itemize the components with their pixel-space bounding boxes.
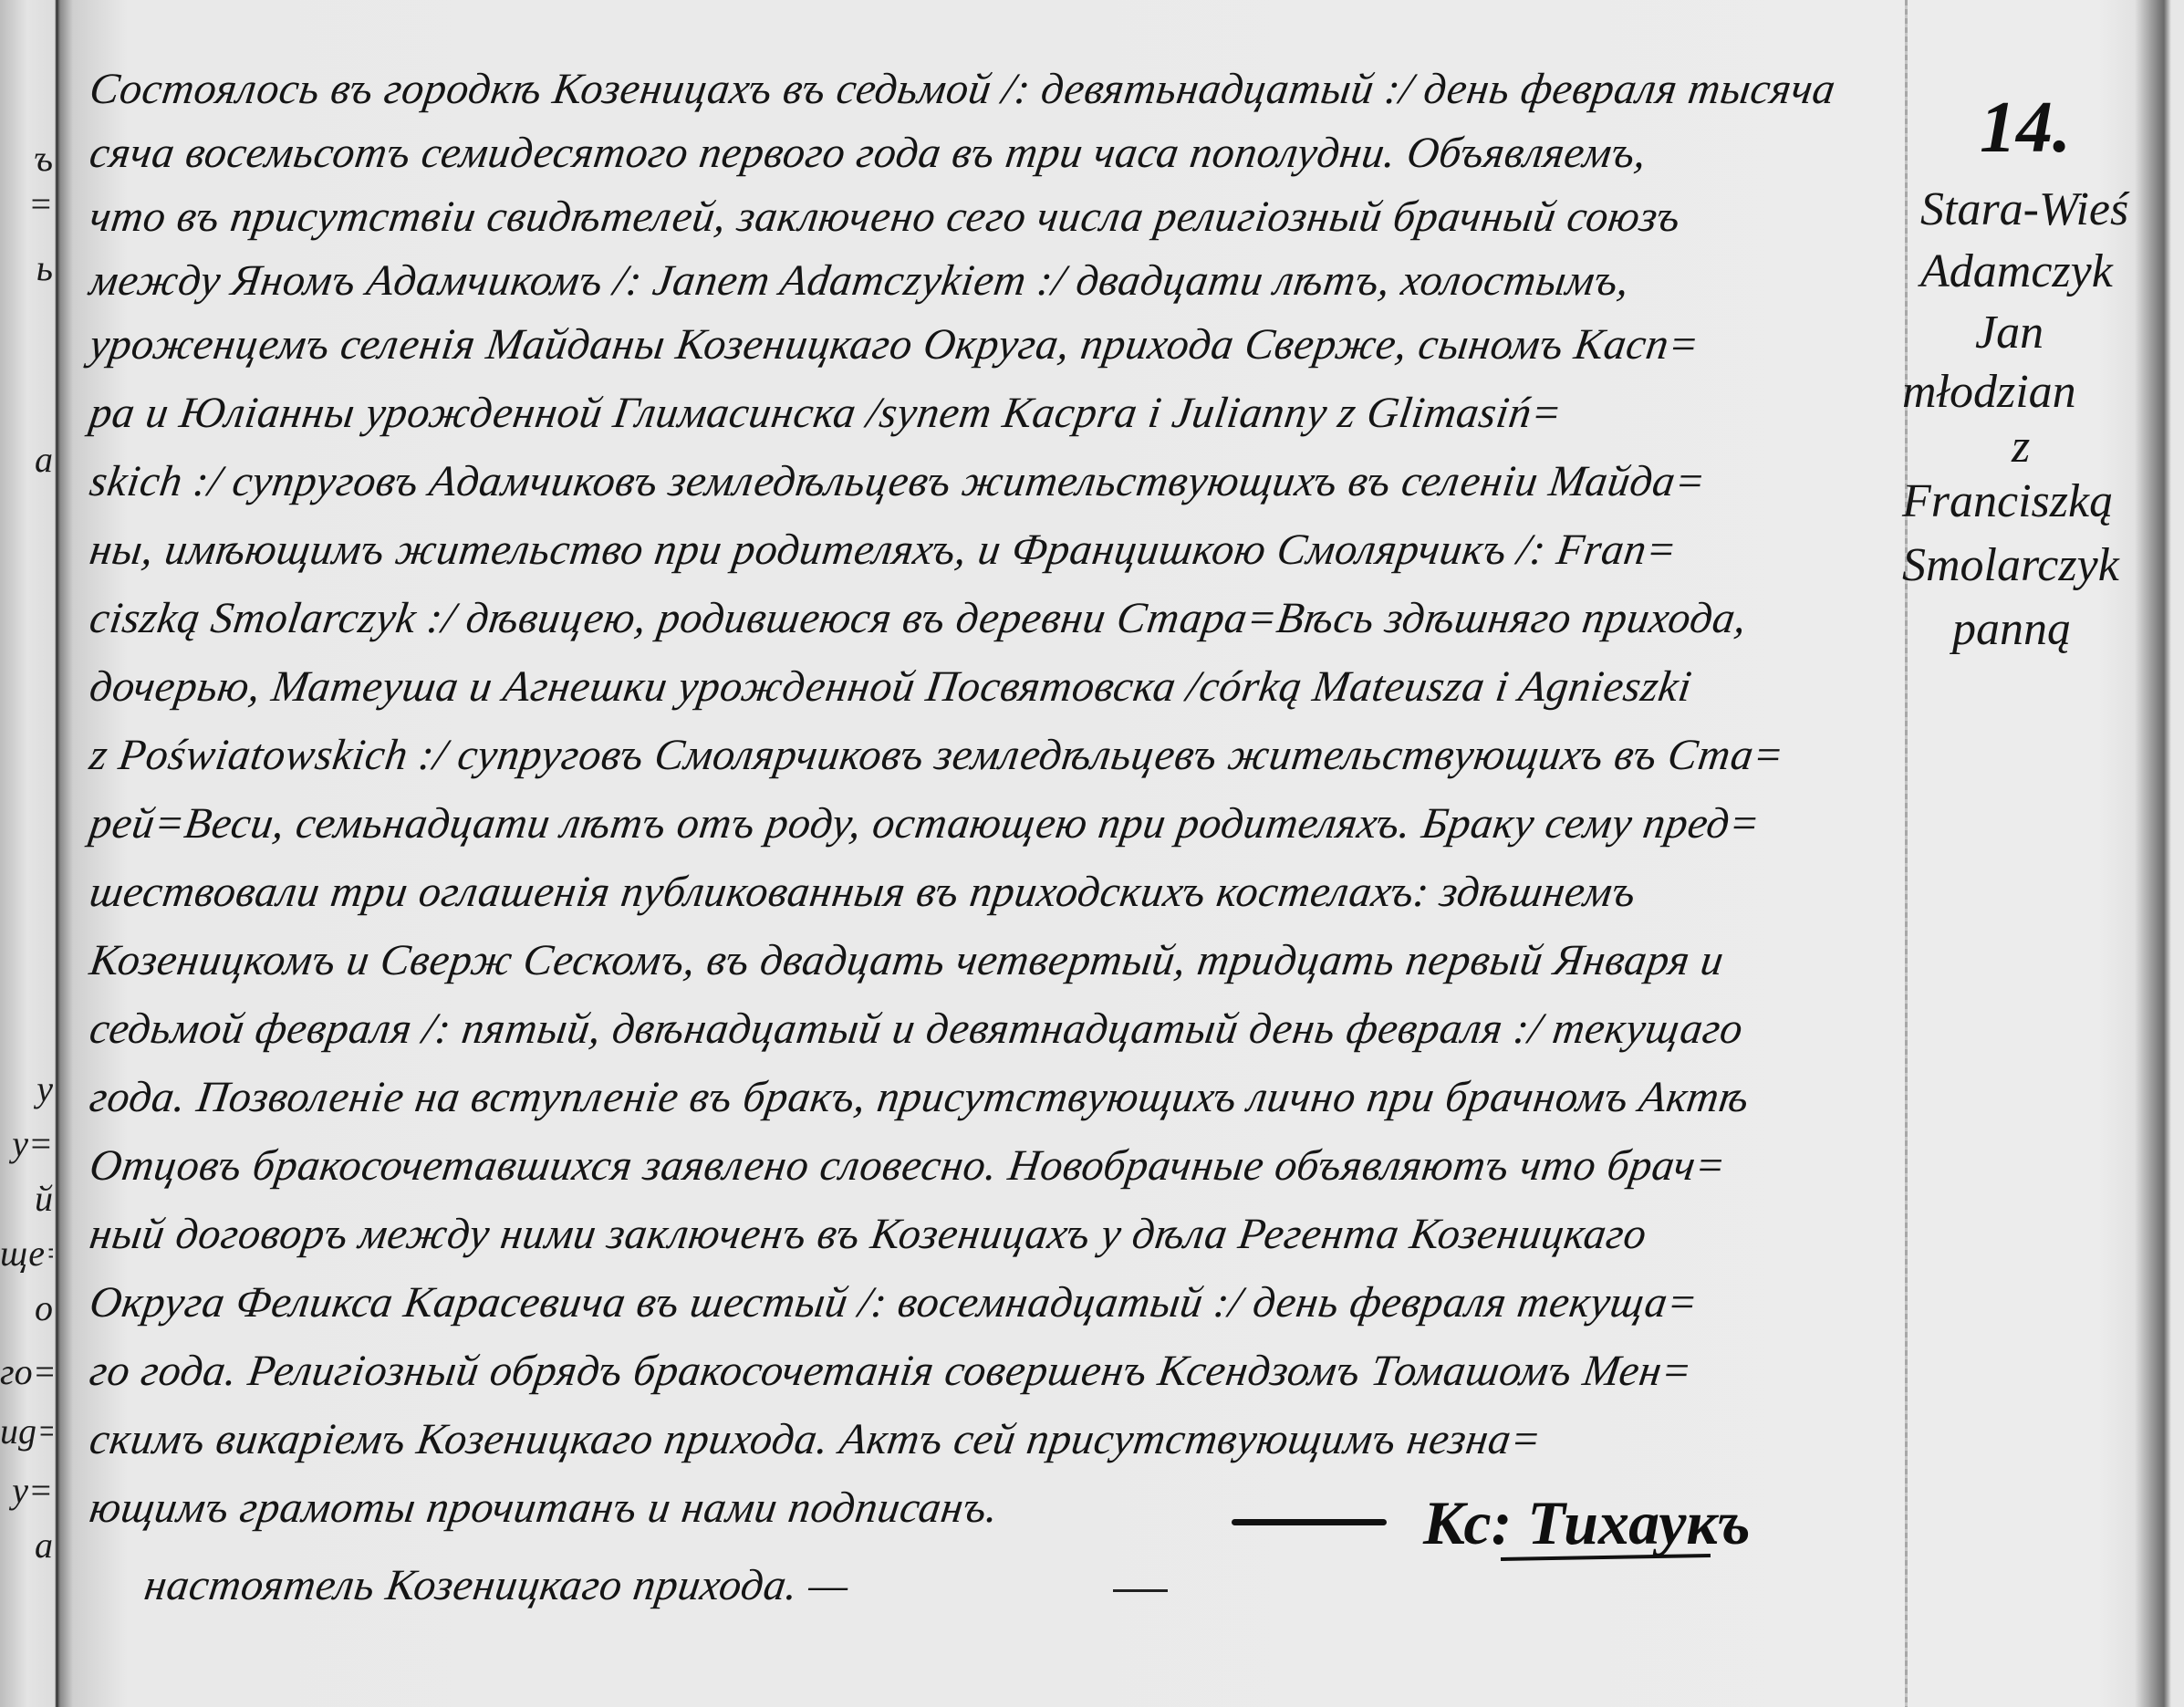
register-page: ъ = ь а у у= й ще= о го= ug= у= а Состоя…	[0, 0, 2184, 1707]
prev-page-fragment: й	[0, 1177, 53, 1220]
prev-page-fragment: о	[0, 1286, 53, 1329]
entry-line: года. Позволеніе на вступленіе въ бракъ,…	[87, 1072, 1752, 1122]
margin-note-village: Stara-Wieś	[1920, 182, 2128, 236]
prev-page-fragment: ъ	[0, 137, 53, 180]
entry-line: шествовали три оглашенія публикованныя в…	[87, 867, 1639, 917]
margin-note-bride-name: Franciszką	[1902, 474, 2113, 528]
prev-page-fragment: у=	[0, 1122, 53, 1165]
entry-line: седьмой февраля /: пятый, двѣнадцатый и …	[87, 1004, 1746, 1054]
entry-line: что въ присутствіи свидѣтелей, заключено…	[87, 192, 1684, 242]
prev-page-fragment: ще=	[0, 1232, 53, 1275]
entry-line: skich :/ супруговъ Адамчиковъ земледѣльц…	[87, 456, 1709, 506]
entry-line: ющимъ грамоты прочитанъ и нами подписанъ…	[87, 1483, 1002, 1533]
margin-note-bride-surname: Smolarczyk	[1902, 538, 2119, 592]
entry-line: го года. Религіозный обрядъ бракосочетан…	[87, 1346, 1695, 1396]
margin-rule	[1905, 0, 1908, 1707]
prev-page-fragment: ug=	[0, 1410, 53, 1452]
entry-line: между Яномъ Адамчикомъ /: Janem Adamczyk…	[87, 255, 1633, 306]
entry-line: дочерью, Матеуша и Агнешки урожденной По…	[87, 661, 1695, 712]
priest-signature: Кс: Тихаукъ	[1423, 1487, 1751, 1559]
previous-page-edge: ъ = ь а у у= й ще= о го= ug= у= а	[0, 0, 55, 1707]
margin-note-surname: Adamczyk	[1920, 245, 2113, 298]
margin-note-bride-status: panną	[1952, 602, 2071, 656]
entry-line: сяча восемьсотъ семидесятого первого год…	[87, 128, 1650, 178]
margin-note-status: młodzian	[1902, 365, 2076, 419]
margin-note-with: z	[2012, 420, 2030, 474]
prev-page-fragment: у	[0, 1067, 53, 1110]
margin-note-groom-name: Jan	[1975, 306, 2044, 359]
pen-dash-stroke	[1232, 1519, 1387, 1525]
entry-line: Отцовъ бракосочетавшихся заявлено словес…	[87, 1140, 1729, 1191]
entry-line: ный договоръ между ними заключенъ въ Коз…	[87, 1209, 1650, 1259]
entry-line: рей=Веси, семьнадцати лѣтъ отъ роду, ост…	[87, 798, 1763, 848]
entry-line-closing: настоятель Козеницкаго прихода. —	[141, 1560, 852, 1610]
prev-page-fragment: =	[0, 182, 53, 225]
entry-line: Состоялось въ городкѣ Козеницахъ въ седь…	[87, 64, 1839, 114]
entry-line: Козеницкомъ и Сверж Сескомъ, въ двадцать…	[87, 935, 1727, 985]
prev-page-fragment: у=	[0, 1469, 53, 1512]
entry-line: ны, имѣющимъ жительство при родителяхъ, …	[87, 525, 1680, 575]
prev-page-fragment: а	[0, 438, 53, 481]
prev-page-fragment: а	[0, 1524, 53, 1566]
closing-dash	[1113, 1589, 1168, 1592]
entry-number: 14.	[1980, 87, 2071, 170]
entry-line: уроженцемъ селенія Майданы Козеницкаго О…	[87, 319, 1702, 370]
prev-page-fragment: ь	[0, 246, 53, 289]
entry-line: ciszką Smolarczyk :/ дѣвицею, родившеюся…	[87, 593, 1750, 643]
entry-line: скимъ викаріемъ Козеницкаго прихода. Акт…	[87, 1414, 1544, 1464]
entry-line: ра и Юліанны урожденной Глимасинска /syn…	[87, 388, 1565, 438]
entry-line: Округа Феликса Карасевича въ шестый /: в…	[87, 1277, 1701, 1327]
prev-page-fragment: го=	[0, 1350, 53, 1393]
entry-line: z Poświatowskich :/ супруговъ Смолярчико…	[87, 730, 1787, 780]
